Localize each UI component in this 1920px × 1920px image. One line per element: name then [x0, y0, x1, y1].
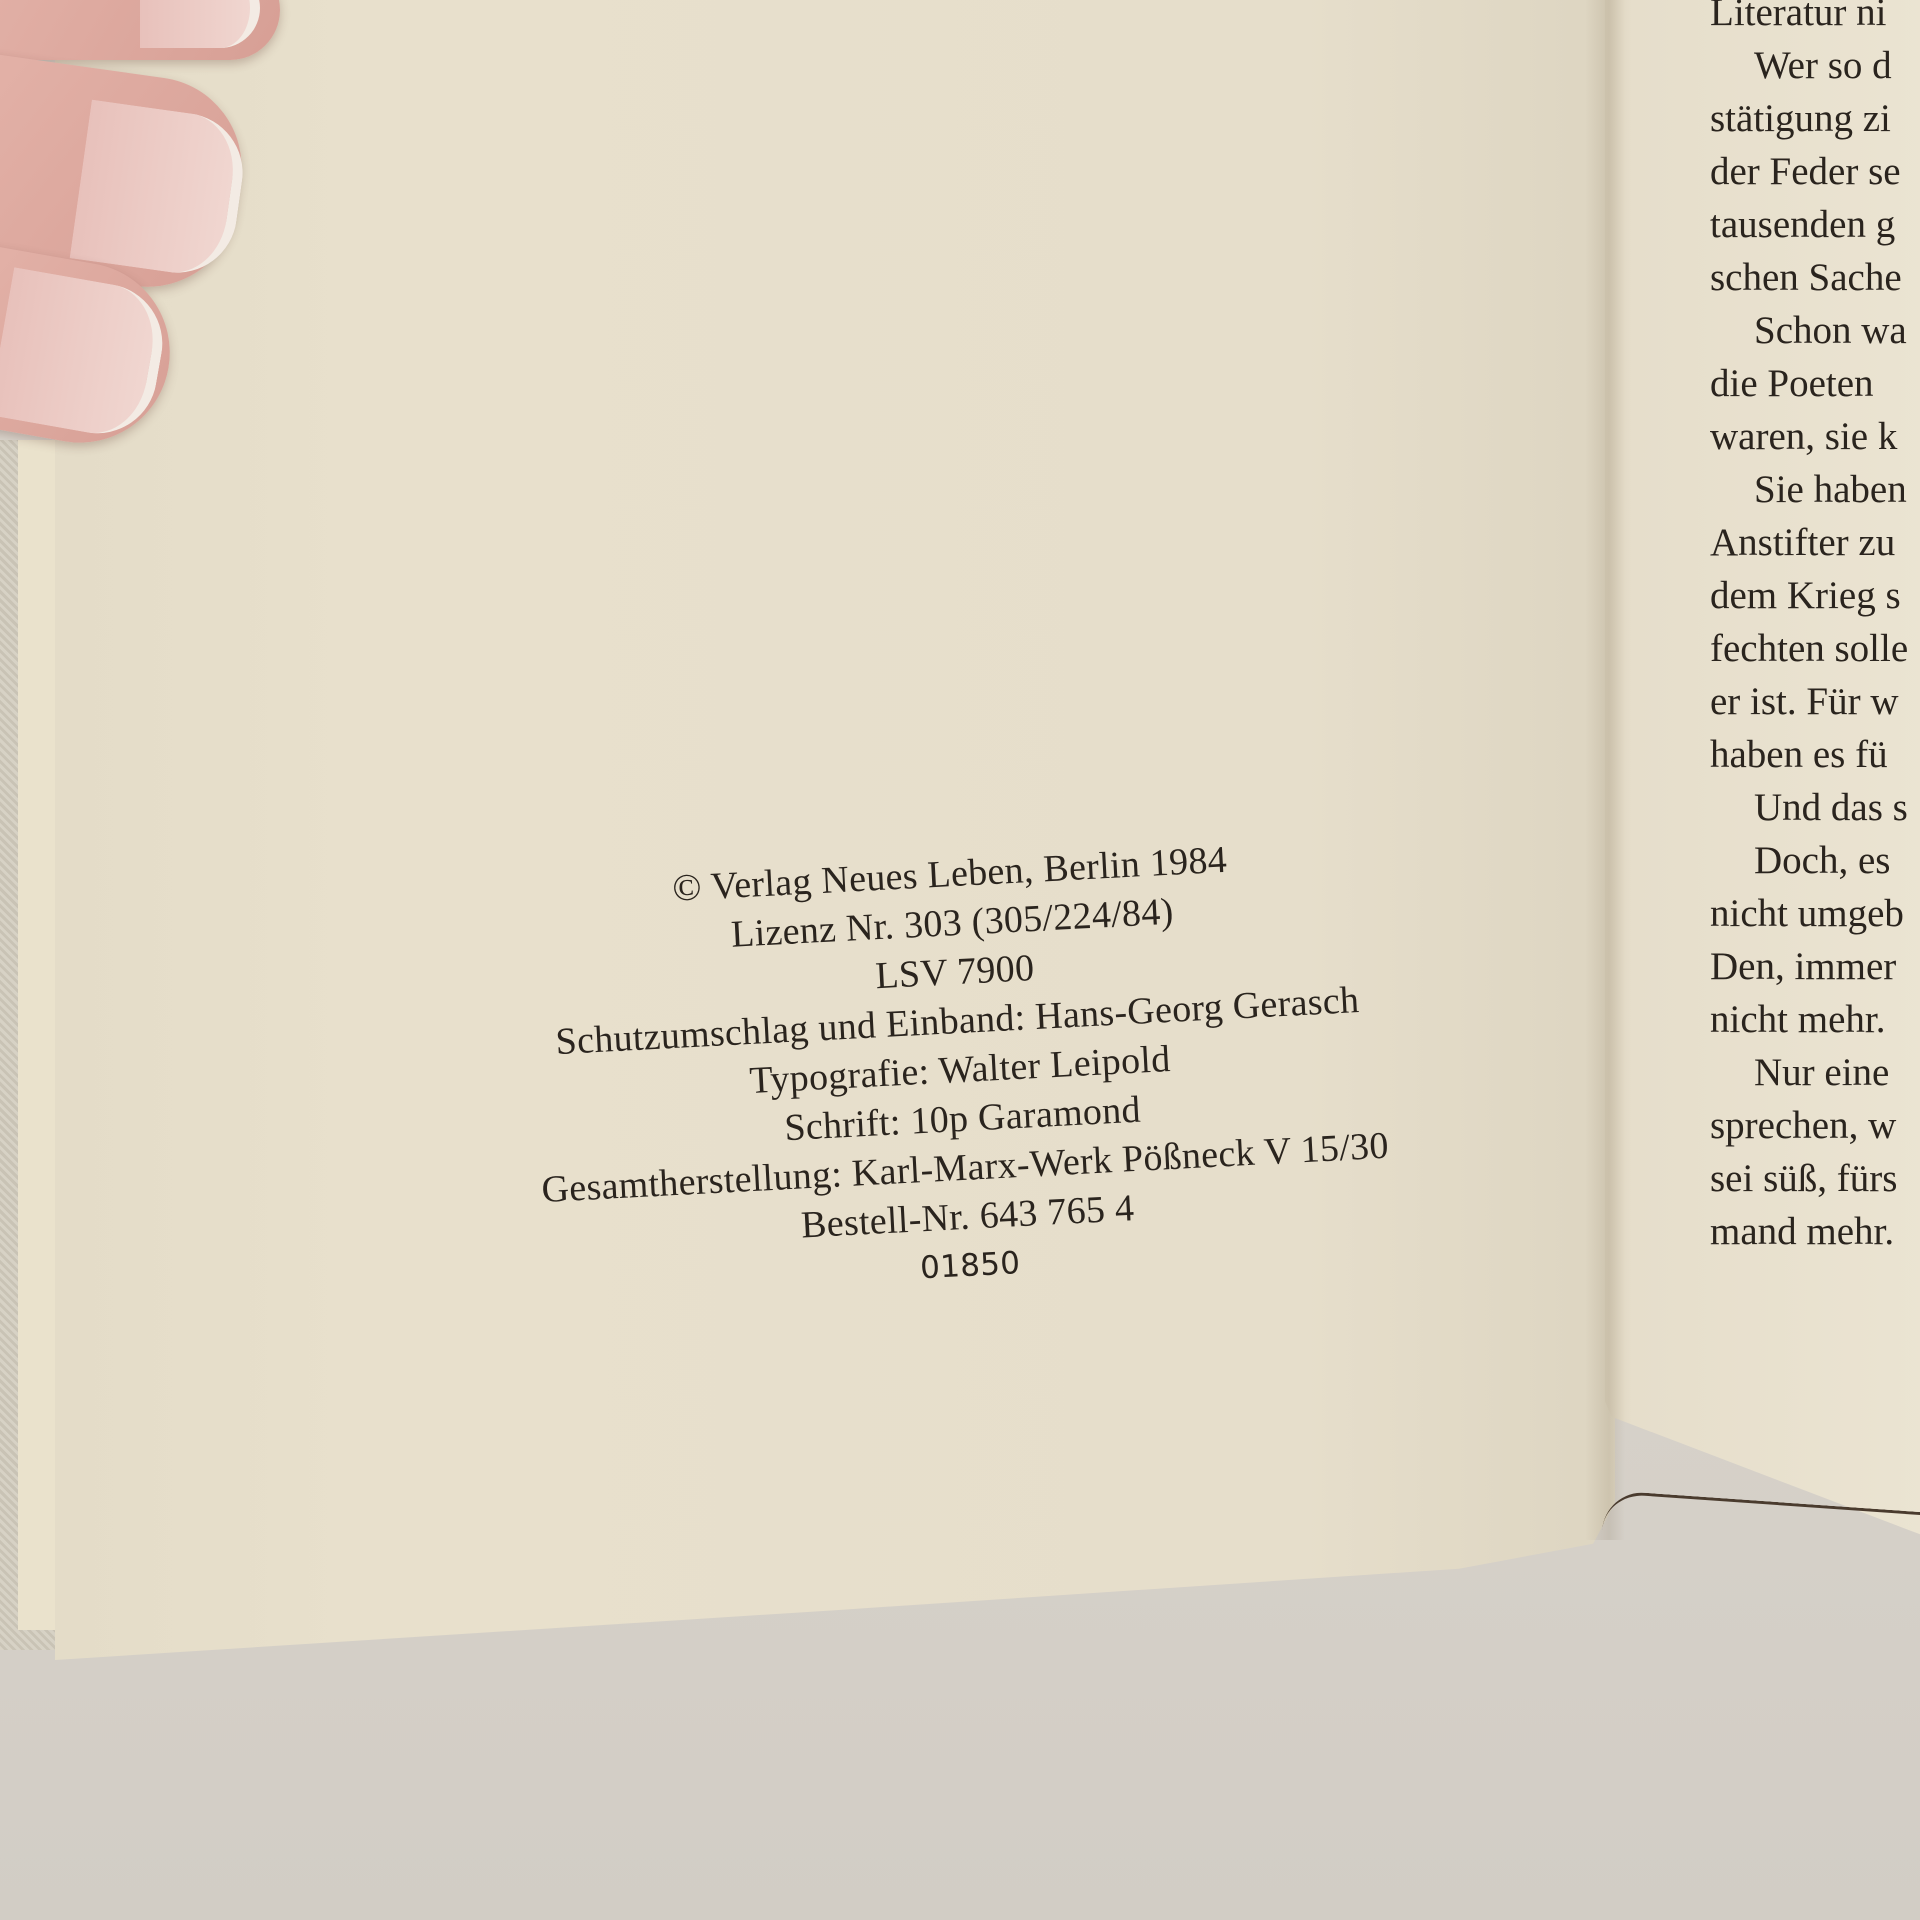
text-line: er ist. Für w: [1710, 675, 1920, 728]
text-line: fechten solle: [1710, 622, 1920, 675]
text-line: stätigung zi: [1710, 92, 1920, 145]
text-line: Schon wa: [1710, 304, 1920, 357]
text-line: sei süß, fürs: [1710, 1152, 1920, 1205]
text-line: nicht mehr.: [1710, 993, 1920, 1046]
colophon-imprint: © Verlag Neues Leben, Berlin 1984 Lizenz…: [459, 825, 1461, 1317]
text-line: Den, immer: [1710, 940, 1920, 993]
text-line: schen Sache: [1710, 251, 1920, 304]
text-line: die Poeten: [1710, 357, 1920, 410]
text-line: Nur eine: [1710, 1046, 1920, 1099]
text-line: sprechen, w: [1710, 1099, 1920, 1152]
text-line: Und das s: [1710, 781, 1920, 834]
text-line: Anstifter zu: [1710, 516, 1920, 569]
text-line: nicht umgeb: [1710, 887, 1920, 940]
fingernail: [140, 0, 260, 48]
text-line: dem Krieg s: [1710, 569, 1920, 622]
hand-holding-page: [0, 0, 290, 460]
right-page-text: Literatur ni Wer so d stätigung zi der F…: [1710, 0, 1920, 1258]
text-line: haben es fü: [1710, 728, 1920, 781]
text-line: tausenden g: [1710, 198, 1920, 251]
gutter-shadow: [1585, 0, 1625, 1540]
text-line: Wer so d: [1710, 39, 1920, 92]
text-line: Literatur ni: [1710, 0, 1920, 39]
text-line: Sie haben: [1710, 463, 1920, 516]
text-line: der Feder se: [1710, 145, 1920, 198]
text-line: waren, sie k: [1710, 410, 1920, 463]
text-line: mand mehr.: [1710, 1205, 1920, 1258]
text-line: Doch, es: [1710, 834, 1920, 887]
